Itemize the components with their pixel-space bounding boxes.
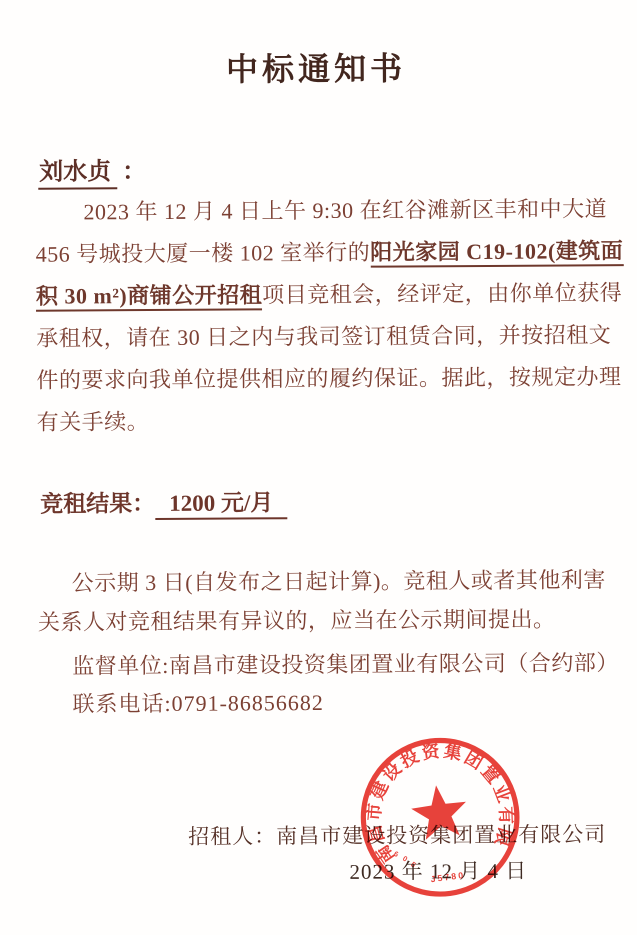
contact-phone-line: 联系电话:0791-86856682 bbox=[72, 686, 324, 719]
body-line-2-text: 456 号城投大厦一楼 102 室举行的 bbox=[36, 240, 371, 267]
body-line-3-text: 项目竞租会，经评定，由你单位获得 bbox=[262, 280, 622, 307]
body-line-2: 456 号城投大厦一楼 102 室举行的阳光家园 C19-102(建筑面 bbox=[36, 230, 608, 275]
supervisor-line: 监督单位:南昌市建设投资集团置业有限公司（合约部） bbox=[72, 646, 619, 680]
signature-date: 2023 年 12 月 4 日 bbox=[349, 855, 527, 886]
body-line-3: 积 30 m²)商铺公开招租项目竞租会，经评定，由你单位获得 bbox=[36, 272, 608, 317]
salutation-line: 刘水贞： bbox=[38, 151, 146, 187]
body-line-4: 承租权，请在 30 日之内与我司签订租赁合同，并按招租文 bbox=[36, 314, 608, 359]
bid-result-label: 竞租结果： bbox=[40, 491, 155, 517]
lessor-company-name: 南昌市建设投资集团置业有限公司 bbox=[276, 822, 606, 848]
salutation-colon: ： bbox=[122, 159, 146, 185]
project-name-underlined-part2: 积 30 m²)商铺公开招租 bbox=[36, 282, 262, 311]
bid-result-value: 1200 元/月 bbox=[155, 490, 287, 520]
body-line-5: 件的要求向我单位提供相应的履约保证。据此，按规定办理 bbox=[36, 356, 608, 401]
scanned-document: 中标通知书 刘水贞： 2023 年 12 月 4 日上午 9:30 在红谷滩新区… bbox=[0, 0, 637, 935]
body-line-6: 有关手续。 bbox=[37, 398, 609, 443]
body-paragraph: 2023 年 12 月 4 日上午 9:30 在红谷滩新区丰和中大道 456 号… bbox=[35, 188, 609, 443]
document-page: 中标通知书 刘水贞： 2023 年 12 月 4 日上午 9:30 在红谷滩新区… bbox=[0, 0, 637, 935]
bid-result-line: 竞租结果：1200 元/月 bbox=[40, 484, 287, 519]
project-name-underlined-part1: 阳光家园 C19-102(建筑面 bbox=[370, 238, 623, 268]
public-notice-paragraph: 公示期 3 日(自发布之日起计算)。竞租人或者其他利害 关系人对竞租结果有异议的… bbox=[38, 560, 618, 642]
body-line-1: 2023 年 12 月 4 日上午 9:30 在红谷滩新区丰和中大道 bbox=[35, 188, 607, 233]
lessor-signature-line: 招租人：南昌市建设投资集团置业有限公司 bbox=[188, 818, 606, 851]
notice-line-2: 关系人对竞租结果有异议的，应当在公示期间提出。 bbox=[38, 599, 618, 642]
lessor-label: 招租人： bbox=[188, 824, 276, 849]
recipient-name: 刘水贞 bbox=[38, 159, 117, 189]
document-title: 中标通知书 bbox=[0, 42, 635, 92]
notice-line-1: 公示期 3 日(自发布之日起计算)。竞租人或者其他利害 bbox=[38, 560, 618, 603]
